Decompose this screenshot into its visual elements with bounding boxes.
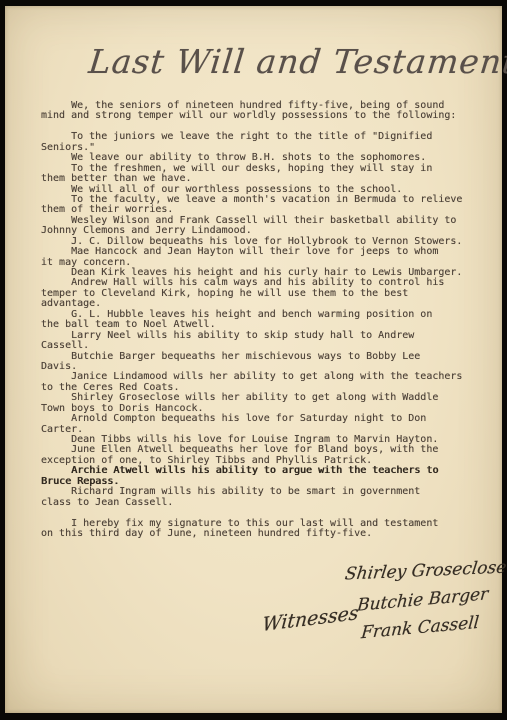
signature-frank-cassell: Frank Cassell (360, 613, 480, 644)
typed-line: class to Jean Cassell. (41, 498, 486, 508)
typed-line: Cassell. (41, 341, 486, 351)
scan-backdrop: Last Will and Testament We, the seniors … (0, 0, 507, 720)
typed-line: To the juniors we leave the right to the… (41, 132, 486, 142)
yearbook-page: Last Will and Testament We, the seniors … (5, 6, 502, 713)
signature-butchie-barger: Butchie Barger (356, 584, 489, 616)
witnesses-label: Witnesses (261, 602, 359, 636)
page-title: Last Will and Testament (87, 42, 507, 81)
typed-line: Arnold Compton bequeaths his love for Sa… (41, 414, 486, 424)
typed-line: Butchie Barger bequeaths her mischievous… (41, 352, 486, 362)
typed-line: on this third day of June, nineteen hund… (41, 529, 486, 539)
typed-line: Larry Neel wills his ability to skip stu… (41, 331, 486, 341)
typed-line: temper to Cleveland Kirk, hoping he will… (41, 289, 486, 299)
typed-line: them better than we have. (41, 174, 486, 184)
typed-line (41, 508, 486, 518)
typed-body: We, the seniors of nineteen hundred fift… (41, 101, 486, 539)
typed-line: Mae Hancock and Jean Hayton will their l… (41, 247, 486, 257)
signature-shirley-groseclose: Shirley Groseclose (344, 557, 507, 584)
typed-line: mind and strong temper will our worldly … (41, 111, 486, 121)
